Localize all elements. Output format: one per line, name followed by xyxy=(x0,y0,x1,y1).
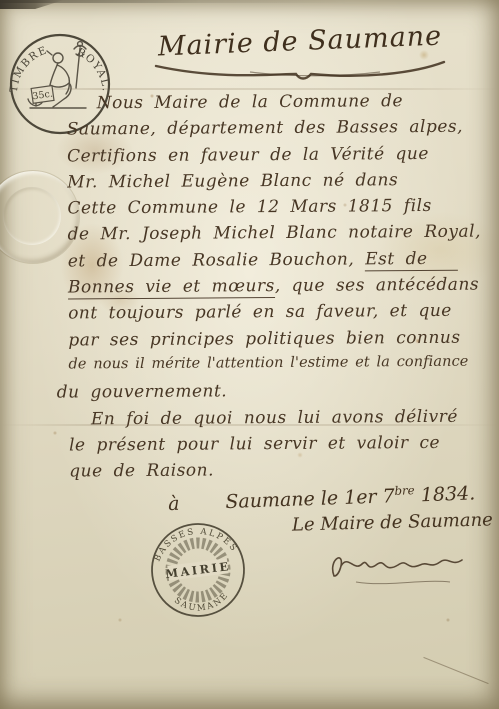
title-flourish xyxy=(150,58,450,84)
manuscript-text: Certifions en faveur de la Vérité que xyxy=(67,144,429,167)
month-superscript: bre xyxy=(394,483,415,498)
svg-text:BASSES ALPES: BASSES ALPES xyxy=(149,522,240,564)
manuscript-text: ont toujours parlé en sa faveur, et que xyxy=(68,301,452,324)
manuscript-line: ont toujours parlé en sa faveur, et que xyxy=(68,301,492,330)
manuscript-text: du gouvernement. xyxy=(57,382,228,403)
date-year: 1834. xyxy=(414,482,475,506)
underlined-phrase: Est de xyxy=(365,249,457,272)
manuscript-body: Nous Maire de la Commune deSaumane, dépa… xyxy=(67,91,494,488)
manuscript-text: et de Dame Rosalie Bouchon, xyxy=(68,249,366,271)
date-prefix: à xyxy=(168,493,180,515)
manuscript-line: par ses principes politiques bien connus xyxy=(68,327,492,356)
manuscript-line: Bonnes vie et mœurs, que ses antécédans xyxy=(68,275,492,304)
manuscript-text: le présent pour lui servir et valoir ce xyxy=(69,433,440,456)
paper-edge-shadow xyxy=(0,0,499,3)
manuscript-line: du gouvernement. xyxy=(57,380,493,409)
seal-top-arc: BASSES ALPES xyxy=(149,522,240,564)
manuscript-text: par ses principes politiques bien connus xyxy=(68,327,460,350)
manuscript-text: En foi de quoi nous lui avons délivré xyxy=(91,406,458,429)
scanned-document: TIMBRE ROYAL. 35c. xyxy=(0,0,499,709)
denomination-box: 35c. xyxy=(31,86,54,104)
manuscript-text: de Mr. Joseph Michel Blanc notaire Royal… xyxy=(68,222,481,245)
paper-tear xyxy=(423,657,488,684)
date-main: Saumane le 1er 7 xyxy=(225,485,395,513)
manuscript-line: Certifions en faveur de la Vérité que xyxy=(67,143,491,172)
manuscript-text: Cette Commune le 12 Mars 1815 fils xyxy=(67,196,431,219)
manuscript-text: Saumane, département des Basses alpes, xyxy=(67,117,463,140)
manuscript-line: Saumane, département des Basses alpes, xyxy=(67,117,491,146)
manuscript-line: Cette Commune le 12 Mars 1815 fils xyxy=(67,196,491,225)
manuscript-line: le présent pour lui servir et valoir ce xyxy=(69,432,493,461)
manuscript-line: En foi de quoi nous lui avons délivré xyxy=(91,406,493,435)
mayor-signature xyxy=(326,546,476,590)
date-gap xyxy=(180,508,226,510)
manuscript-line: de Mr. Joseph Michel Blanc notaire Royal… xyxy=(68,222,492,251)
manuscript-line: de nous il mérite l'attention l'estime e… xyxy=(68,353,492,382)
manuscript-text: Mr. Michel Eugène Blanc né dans xyxy=(67,170,398,192)
manuscript-line: et de Dame Rosalie Bouchon, Est de xyxy=(68,248,492,277)
document-title: Mairie de Saumane xyxy=(140,20,461,63)
manuscript-text: Nous Maire de la Commune de xyxy=(97,91,404,113)
signoff-line: Le Maire de Saumane xyxy=(292,509,493,535)
manuscript-text: de nous il mérite l'attention l'estime e… xyxy=(68,354,468,373)
manuscript-line: Nous Maire de la Commune de xyxy=(97,91,491,120)
manuscript-text: que de Raison. xyxy=(69,461,214,482)
underlined-phrase: Bonnes vie et mœurs xyxy=(68,276,275,299)
embossed-stamp-relief xyxy=(3,187,61,245)
manuscript-text: , que ses antécédans xyxy=(275,275,479,296)
mairie-seal: MAIRIE BASSES ALPES SAUMANE xyxy=(142,512,254,627)
manuscript-line: Mr. Michel Eugène Blanc né dans xyxy=(67,169,491,198)
